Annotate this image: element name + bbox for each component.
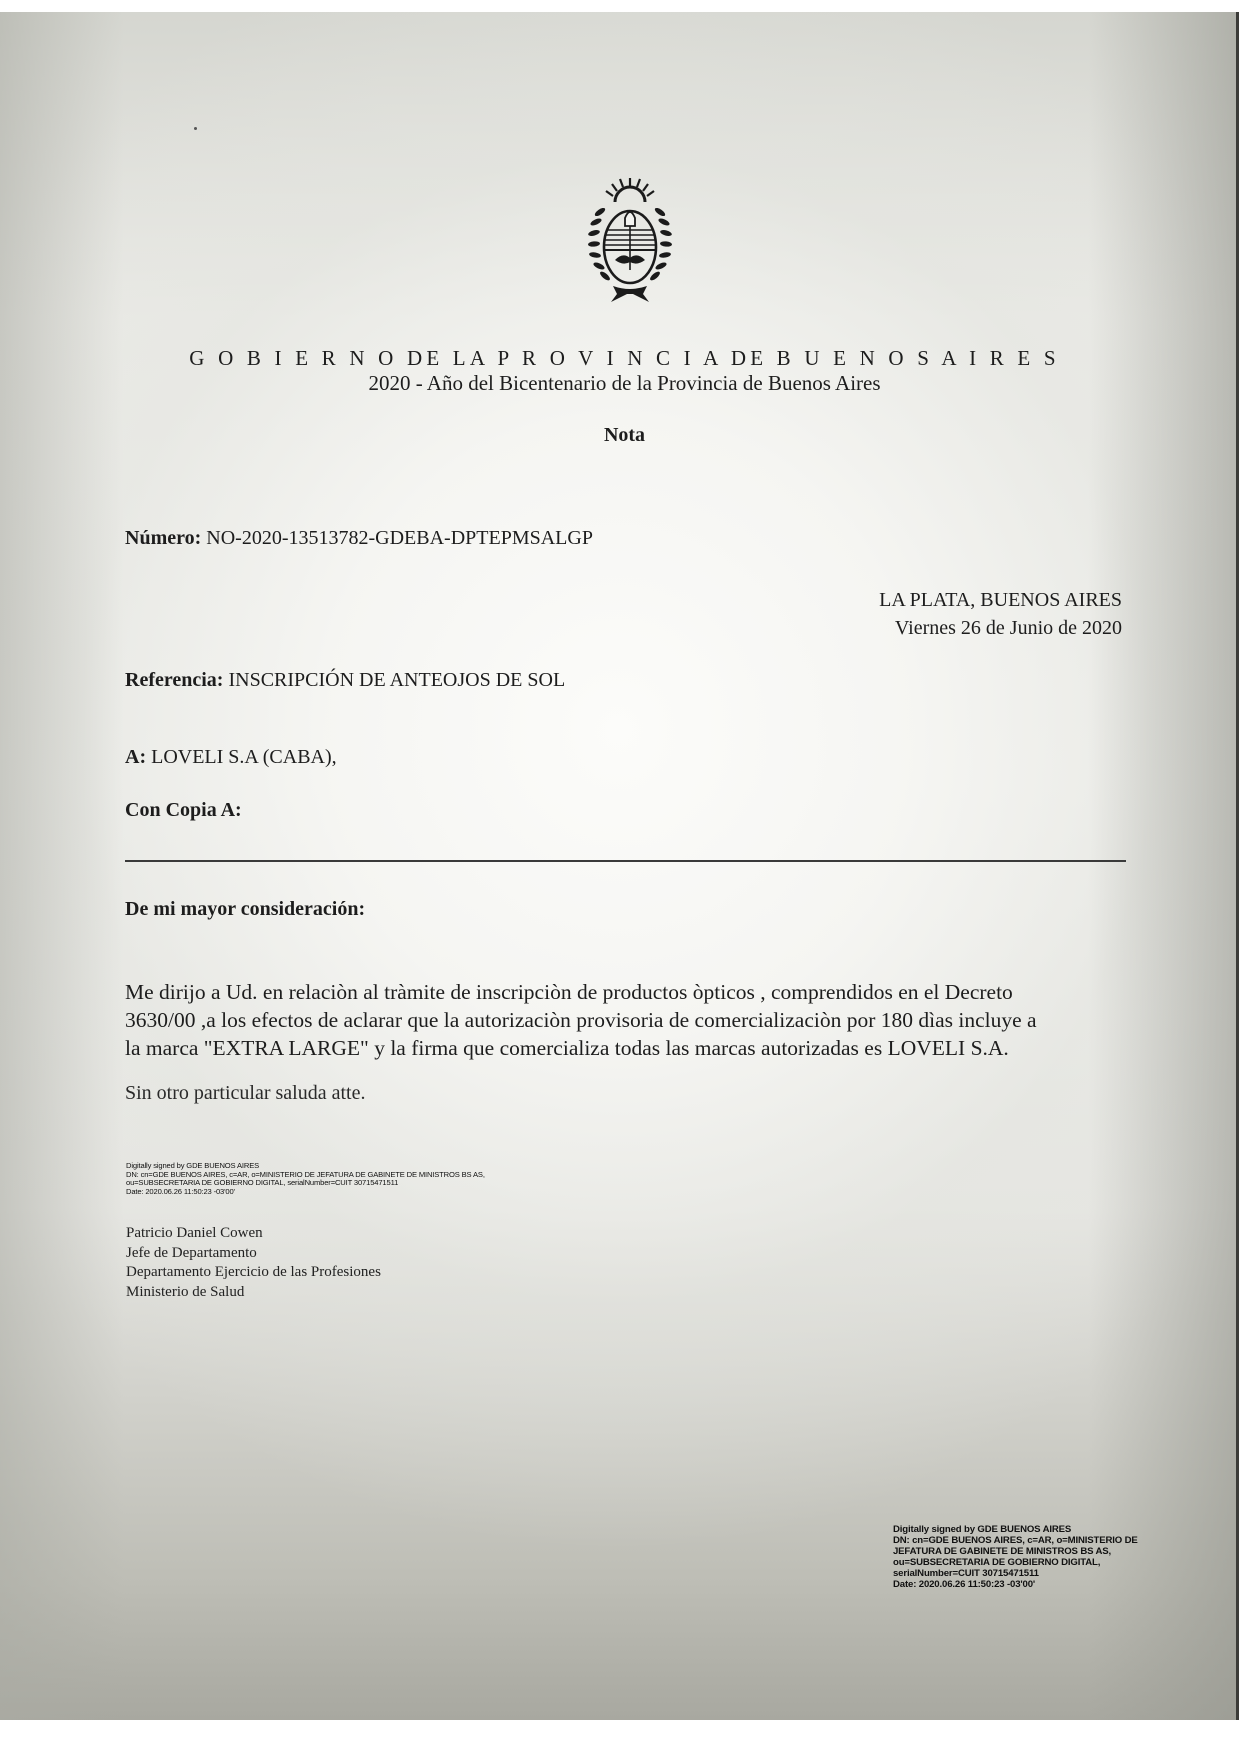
stamp-line: ou=SUBSECRETARIA DE GOBIERNO DIGITAL, [893,1557,1138,1568]
recipient-label: A: [125,746,146,768]
letter-body: Me dirijo a Ud. en relaciòn al tràmite d… [125,978,1145,1062]
stamp-line: JEFATURA DE GABINETE DE MINISTROS BS AS, [893,1546,1138,1557]
numero-value: NO-2020-13513782-GDEBA-DPTEPMSALGP [206,527,593,549]
signer-ministry: Ministerio de Salud [126,1283,381,1303]
numero-label: Número: [125,527,201,549]
referencia-label: Referencia: [125,669,223,691]
closing: Sin otro particular saluda atte. [125,1082,365,1105]
signer-block: Patricio Daniel Cowen Jefe de Departamen… [126,1224,381,1302]
signer-title: Jefe de Departamento [126,1244,381,1264]
document-number: Número: NO-2020-13513782-GDEBA-DPTEPMSAL… [125,527,593,550]
referencia-value: INSCRIPCIÓN DE ANTEOJOS DE SOL [228,669,565,691]
place-and-date: LA PLATA, BUENOS AIRES Viernes 26 de Jun… [879,586,1122,642]
carbon-copy: Con Copia A: [125,799,242,822]
stamp-line: DN: cn=GDE BUENOS AIRES, c=AR, o=MINISTE… [893,1535,1138,1546]
body-line: Me dirijo a Ud. en relaciòn al tràmite d… [125,978,1145,1006]
recipient-value: LOVELI S.A (CABA), [151,746,337,768]
paper-speck [194,127,197,130]
year-motto: 2020 - Año del Bicentenario de la Provin… [0,371,1239,396]
government-heading: G O B I E R N O DE LA P R O V I N C I A … [0,346,1239,371]
argentine-coat-of-arms-icon [585,172,675,312]
copia-label: Con Copia A: [125,799,242,821]
digital-signature-stamp: Digitally signed by GDE BUENOS AIRES DN:… [126,1162,485,1196]
stamp-line: serialNumber=CUIT 30715471511 [893,1568,1138,1579]
body-line: 3630/00 ,a los efectos de aclarar que la… [125,1006,1145,1034]
signer-department: Departamento Ejercicio de las Profesione… [126,1263,381,1283]
header-divider [125,860,1126,862]
salutation: De mi mayor consideración: [125,898,365,921]
document-type: Nota [0,424,1239,447]
city: LA PLATA, BUENOS AIRES [879,586,1122,614]
body-line: la marca "EXTRA LARGE" y la firma que co… [125,1034,1145,1062]
stamp-line: Digitally signed by GDE BUENOS AIRES [893,1524,1138,1535]
footer-signature-stamp: Digitally signed by GDE BUENOS AIRES DN:… [893,1524,1138,1590]
stamp-line: Date: 2020.06.26 11:50:23 -03'00' [893,1579,1138,1590]
stamp-line: Date: 2020.06.26 11:50:23 -03'00' [126,1188,485,1197]
recipient: A: LOVELI S.A (CABA), [125,746,337,769]
date: Viernes 26 de Junio de 2020 [879,614,1122,642]
signer-name: Patricio Daniel Cowen [126,1224,381,1244]
reference: Referencia: INSCRIPCIÓN DE ANTEOJOS DE S… [125,669,565,692]
